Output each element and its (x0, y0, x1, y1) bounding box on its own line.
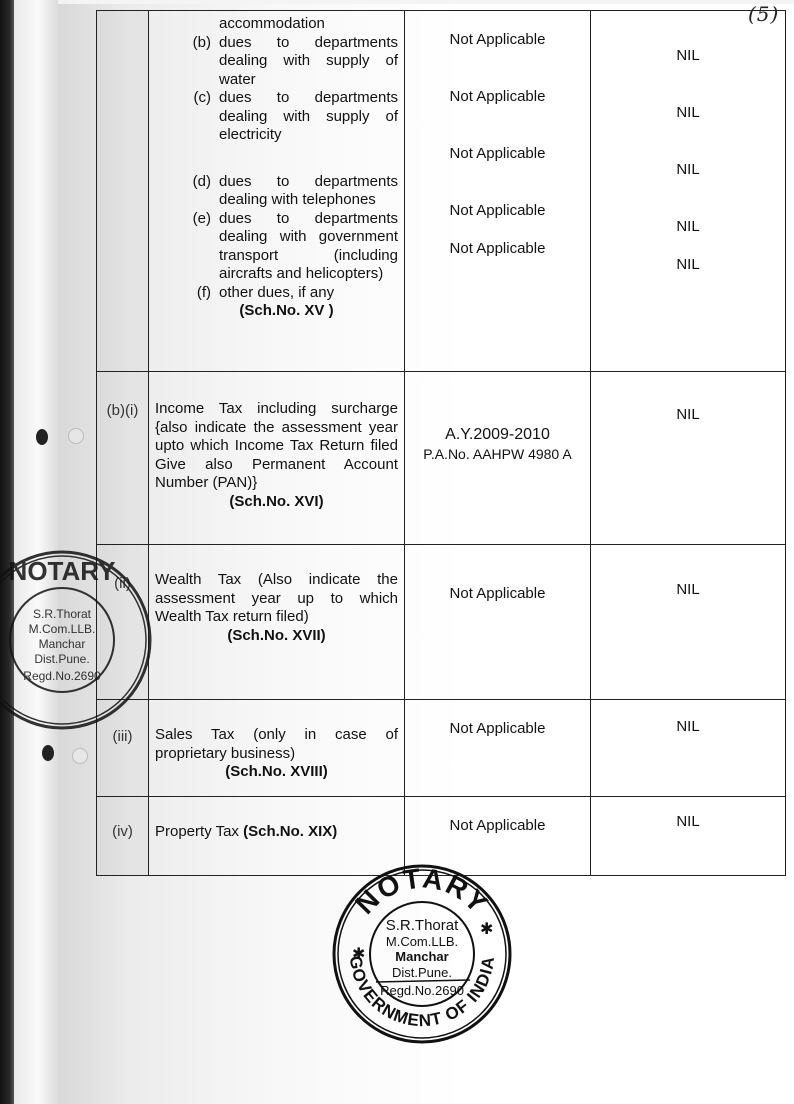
svg-text:Regd.No.2690: Regd.No.2690 (380, 983, 464, 998)
value-cell: Not Applicable (404, 700, 590, 796)
svg-text:Dist.Pune.: Dist.Pune. (392, 965, 452, 980)
notary-stamp: NOTARY GOVERNMENT OF INDIA ✱ ✱ S.R.Thora… (330, 862, 514, 1046)
amount-cell: NIL (590, 797, 786, 875)
svg-text:S.R.Thorat: S.R.Thorat (33, 607, 92, 621)
amount-cell: NIL (590, 372, 786, 544)
serial-cell: (b)(i) (96, 372, 148, 544)
punch-hole (36, 429, 48, 445)
dues-table: accommodation (b) dues to departments de… (96, 10, 786, 876)
schedule-ref: (Sch.No. XV ) (155, 302, 398, 321)
schedule-ref: (Sch.No. XVI) (155, 493, 398, 512)
punch-hole (72, 748, 88, 764)
value-cell: Not Applicable Not Applicable Not Applic… (404, 11, 590, 371)
svg-text:NOTARY: NOTARY (9, 556, 116, 586)
svg-text:M.Com.LLB.: M.Com.LLB. (29, 622, 96, 636)
svg-text:Manchar: Manchar (39, 637, 86, 651)
table-row: (ii) Wealth Tax (Also indicate the asses… (96, 545, 786, 700)
punch-hole (42, 745, 54, 761)
value-cell: Not Applicable (404, 545, 590, 699)
particulars-cell: Wealth Tax (Also indicate the assessment… (148, 545, 404, 699)
sub-item-c: (c) dues to departments dealing with sup… (155, 89, 398, 145)
amount-cell: NIL NIL NIL NIL NIL (590, 11, 786, 371)
svg-text:NOTARY: NOTARY (349, 862, 495, 920)
sub-item-f: (f) other dues, if any (155, 284, 398, 303)
svg-text:M.Com.LLB.: M.Com.LLB. (386, 934, 458, 949)
schedule-ref: (Sch.No. XIX) (243, 823, 337, 840)
particulars-cell: Income Tax including surcharge {also ind… (148, 372, 404, 544)
sub-item-b: (b) dues to departments dealing with sup… (155, 34, 398, 90)
sub-item-d: (d) dues to departments dealing with tel… (155, 173, 398, 210)
star-icon: ✱ (352, 946, 365, 963)
particulars-cell: accommodation (b) dues to departments de… (148, 11, 404, 371)
punch-hole (68, 428, 84, 444)
serial-cell: (iv) (96, 797, 148, 875)
amount-cell: NIL (590, 545, 786, 699)
sub-item-e: (e) dues to departments dealing with gov… (155, 210, 398, 284)
serial-cell (96, 11, 148, 371)
amount-cell: NIL (590, 700, 786, 796)
schedule-ref: (Sch.No. XVII) (155, 627, 398, 646)
star-icon: ✱ (480, 921, 493, 938)
continuation-text: accommodation (155, 15, 398, 34)
table-row: accommodation (b) dues to departments de… (96, 11, 786, 372)
value-cell: A.Y.2009-2010 P.A.No. AAHPW 4980 A (404, 372, 590, 544)
table-row: (b)(i) Income Tax including surcharge {a… (96, 372, 786, 545)
schedule-ref: (Sch.No. XVIII) (155, 763, 398, 782)
svg-text:Manchar: Manchar (395, 949, 448, 964)
table-row: (iii) Sales Tax (only in case of proprie… (96, 700, 786, 797)
notary-stamp-partial: S.R.Thorat M.Com.LLB. Manchar Dist.Pune.… (0, 548, 154, 732)
svg-text:Regd.No.2690: Regd.No.2690 (23, 669, 101, 683)
particulars-cell: Sales Tax (only in case of proprietary b… (148, 700, 404, 796)
svg-text:Dist.Pune.: Dist.Pune. (34, 652, 89, 666)
svg-text:S.R.Thorat: S.R.Thorat (386, 917, 459, 934)
